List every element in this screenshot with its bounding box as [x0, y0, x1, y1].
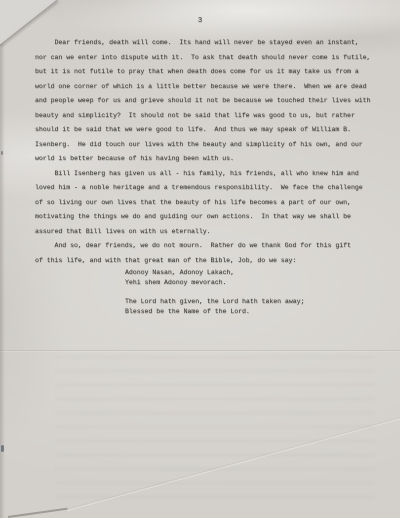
paragraph-3: And so, dear friends, we do not mourn. R…	[35, 239, 380, 268]
paragraph-2: Bill Isenberg has given us all - his fam…	[35, 167, 380, 240]
body-text: Dear friends, death will come. Its hand …	[35, 36, 380, 268]
paragraph-1: Dear friends, death will come. Its hand …	[35, 36, 380, 167]
bleed-through-ghost-text	[55, 356, 375, 506]
horizontal-fold-crease	[0, 350, 400, 352]
diagonal-fold-crease	[67, 417, 400, 511]
bottom-corner-crease	[8, 508, 68, 518]
hebrew-quote: Adonoy Nasan, Adonoy Lakach,Yehi shem Ad…	[125, 268, 375, 287]
document-page: 3 Dear friends, death will come. Its han…	[0, 0, 400, 518]
ink-speck	[1, 445, 4, 452]
english-quote: The Lord hath given, the Lord hath taken…	[125, 297, 375, 316]
scanned-document: 3 Dear friends, death will come. Its han…	[0, 0, 400, 518]
page-number: 3	[0, 17, 400, 25]
ink-speck	[1, 151, 3, 155]
